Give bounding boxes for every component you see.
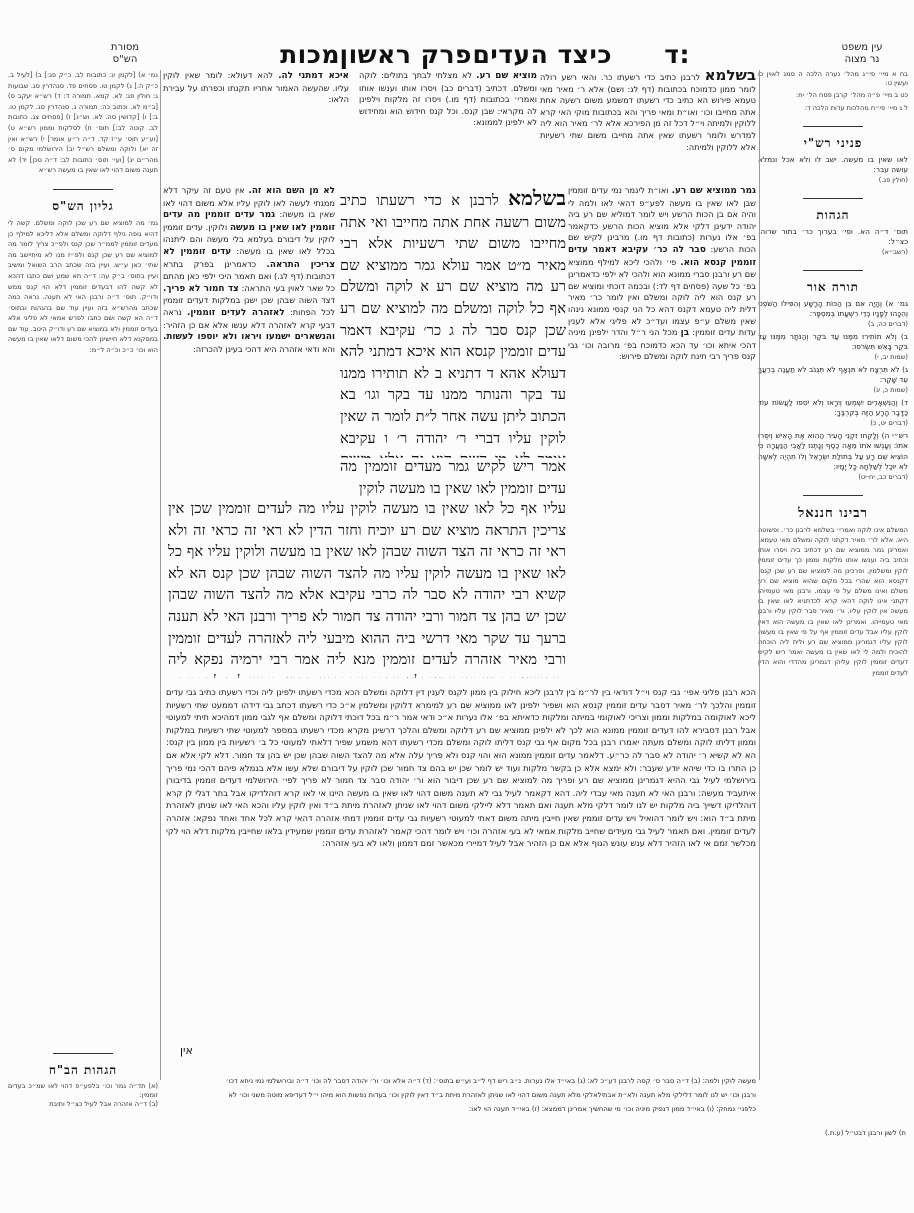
ein-mishpat-entry: בח א מיי׳ פי״ג מהל׳ נערה הלכה ה סמג לאוי… [758,70,908,88]
ein-mishpat-label-line2: נר מצוה [816,54,908,66]
gilyon-note: ת) לשון ורבנן דבט״ל (ע.ת.) [756,1128,906,1138]
ornament-divider [758,265,908,276]
rashi-text: פי׳ ולהכי ליכא למילף ממוציא שם רע ורבנן … [568,257,756,338]
rashi-dibur-hamatchil: בן [681,328,689,338]
pninei-rashi-cite: (חולין פג.) [758,176,908,185]
rashi-top-block: בשלמא לרבנן כתיב כדי רשעתו כר. והאי רשע … [540,70,756,185]
rashi-text: לרבנן כתיב כדי רשעתו כר. והאי רשע רולה ל… [540,72,756,152]
footnote-line: כלפני׳ נמחק: (ו) באי״ד ממון דנפיק מיניה … [166,1104,756,1114]
daf-number: ד: [664,40,690,69]
torah-or-title: תורה אור [758,280,908,295]
tosafot-top-block: מוציא שם רע. לא מצלתי לבתך בתולים: לוקה … [163,70,537,185]
verse-cite: (דברים יט, כ) [758,419,908,428]
tosafot-top-left: איכא דמתני לה. להא דעולא: לומר שאין לוקי… [163,70,349,185]
gemara-text: לרבנן א כדי רשעתו כתיב משום רשעה אחת אתה… [340,192,566,458]
tosafot-dibur-hamatchil: מוציא שם רע. [476,71,537,81]
verse-text: רש״י ה) וְלָקְחוּ זִקְנֵי הָעִיר הַהִוא … [758,431,908,471]
tosafot-dibur-hamatchil: והנשארים ישמעו ויראו ולא יוספו לעשות. [163,332,335,342]
gemara-upper: בשלמא לרבנן א כדי רשעתו כתיב משום רשעה א… [340,188,566,458]
gemara-lower: עליו אף כל לאו שאין בו מעשה לוקין עליו מ… [168,498,566,678]
rashi-dibur-hamatchil: בשלמא [705,70,756,84]
masoret-label-line2: הש"ס [90,54,160,66]
verse-text: ג) לֹא תִּרְצָח לֹא תִּנְאָף לֹא תִּגְנֹ… [758,365,908,384]
verse-cite: (שמות כ, יג) [758,386,908,395]
ein-mishpat-entry: ל ג מיי׳ פי״ח מהלכות עדות הלכה ד: [758,104,908,113]
torah-or-verse: גמ׳ א) וְהָיָה אִם בִּן הַכּוֹת הָרָשָׁע… [758,299,908,329]
footnote-line: ורבנן וכו׳ יש לנו לומר דלילקי מלא תענה ו… [166,1090,756,1100]
verse-cite: (שמות יב, י) [758,353,908,362]
ein-mishpat-label: עין משפט נר מצוה [816,42,908,66]
hagahot-text: תוס׳ ד״ה הא. ופי׳ בערוך כר׳ בתור שרוה. כ… [758,227,908,248]
tosafot-top-right: מוציא שם רע. לא מצלתי לבתך בתולים: לוקה … [359,70,537,185]
verse-text: ד) וְהַנִּשְׁאָרִים יִשְׁמְעוּ וְיִרָאוּ… [758,398,908,417]
left-margin-column: גמ׳ א) [לקמן יג: כתובות לב. כ״ק פג:] ב) … [8,70,158,356]
ein-mishpat-entry: כט ב מיי׳ פ״ה מהל׳ קרבן פסח הל׳ יח: [758,91,908,100]
ornament-divider [758,121,908,132]
hagahot-title: הגהות [758,208,908,223]
masoret-hashas-label: מסורת הש"ס [90,42,160,66]
hagahot-habach-item: (א) תד״ה גמר וכו׳ בלפע״פ דהוי לאו שמ״כ ב… [8,1082,158,1100]
column-rule [160,70,161,1080]
gemara-text-lower: עליו אף כל לאו שאין בו מעשה לוקין עליו מ… [168,500,566,678]
perek-label: פרק ראשון [340,40,472,69]
hagahot-habach-item: (ב) ד״ה אזהרה אבל לעיל כצ״ל ותיבת [8,1100,158,1109]
ornament-divider [8,184,158,195]
column-rule [759,70,760,1080]
hagahot-cite: (רשב״א) [758,248,908,257]
tosafot-dibur-hamatchil: לאזהרה לעדים זוממין. [187,308,285,318]
gemara-middle: אמר ריש לקיש גמר מעדים זוממין מה עדים זו… [340,456,566,500]
catchword: אין [180,1044,193,1057]
gemara-opening-word: בשלמא [508,188,566,210]
masoret-label-line1: מסורת [90,42,160,54]
tosafot-text: והא ודאי אזהרה היא דהכי בעינן להכרזה: [193,344,335,354]
ein-mishpat-label-line1: עין משפט [816,42,908,54]
footnote-line: מעשה לוקין ולמה: (ב) ד״ה סבר ס׳ קסה לרבנ… [166,1076,756,1086]
gilyon-hashas-title: גליון הש"ס [8,199,158,214]
tosafot-column: לא מן השם הוא זה. אין טעם זה עיקר דלא ממ… [163,185,335,455]
rabbeinu-chananel-text: המשלם אינו לוקה ואמרי׳ בשלמא לרבנן כר׳. … [758,525,908,678]
gemara-text-continued: אמר ריש לקיש גמר מעדים זוממין מה עדים זו… [340,458,566,497]
pninei-rashi-text: לאו שאין בו מעשה. ישב לו ולא אכל ונמלא ע… [758,155,908,176]
chapter-name: כיצד העדים [472,40,612,69]
ornament-divider [758,490,908,501]
gilyon-hashas-text: גמ׳ מה למוציא שם רע שכן לוקה ומשלם. קשה … [8,218,158,356]
tosafot-dibur-hamatchil: צד חמור לא פריך. [163,284,239,294]
pninei-rashi-title: פניני רש"י [758,136,908,151]
bottom-commentary: הכא רבנן פליגי אפי׳ גבי קנס וי״ל דודאי ב… [166,686,756,1028]
right-margin-column: בח א מיי׳ פי״ג מהל׳ נערה הלכה ה סמג לאוי… [758,70,908,678]
tosafot-dibur-hamatchil: לא מן השם הוא זה. [248,186,335,196]
rashi-dibur-hamatchil: גמר ממוציא שם רע. [672,186,756,196]
verse-text: ב) וְלֹא תוֹתִירוּ מִמֶּנּוּ עַד בֹּקֶר … [758,332,908,351]
verse-cite: (דברים כב, יח-יט) [758,473,908,482]
verse-text: גמ׳ א) וְהָיָה אִם בִּן הַכּוֹת הָרָשָׁע… [758,299,908,318]
torah-or-verse: ג) לֹא תִּרְצָח לֹא תִּנְאָף לֹא תִּגְנֹ… [758,365,908,395]
ornament-divider [8,1048,158,1059]
torah-or-verse: ד) וְהַנִּשְׁאָרִים יִשְׁמְעוּ וְיִרָאוּ… [758,398,908,428]
masoret-hashas-text: גמ׳ א) [לקמן יג: כתובות לב. כ״ק פג:] ב) … [8,70,158,176]
hagahot-habach-title: הגהות הב"ח [8,1063,158,1078]
hagahot-habach-section: הגהות הב"ח (א) תד״ה גמר וכו׳ בלפע״פ דהוי… [8,1040,158,1110]
torah-or-verse: ב) וְלֹא תוֹתִירוּ מִמֶּנּוּ עַד בֹּקֶר … [758,332,908,362]
verse-cite: (דברים כה, ב) [758,320,908,329]
torah-or-verse: רש״י ה) וְלָקְחוּ זִקְנֵי הָעִיר הַהִוא … [758,431,908,482]
tractate-name: מכות [280,40,340,69]
tosafot-dibur-hamatchil: איכא דמתני לה. [278,71,349,81]
rabbeinu-chananel-title: רבינו חננאל [758,505,908,521]
ornament-divider [758,193,908,204]
rashi-column: גמר ממוציא שם רע. ואו״ת ליגמר נמי עדים ז… [568,185,756,665]
